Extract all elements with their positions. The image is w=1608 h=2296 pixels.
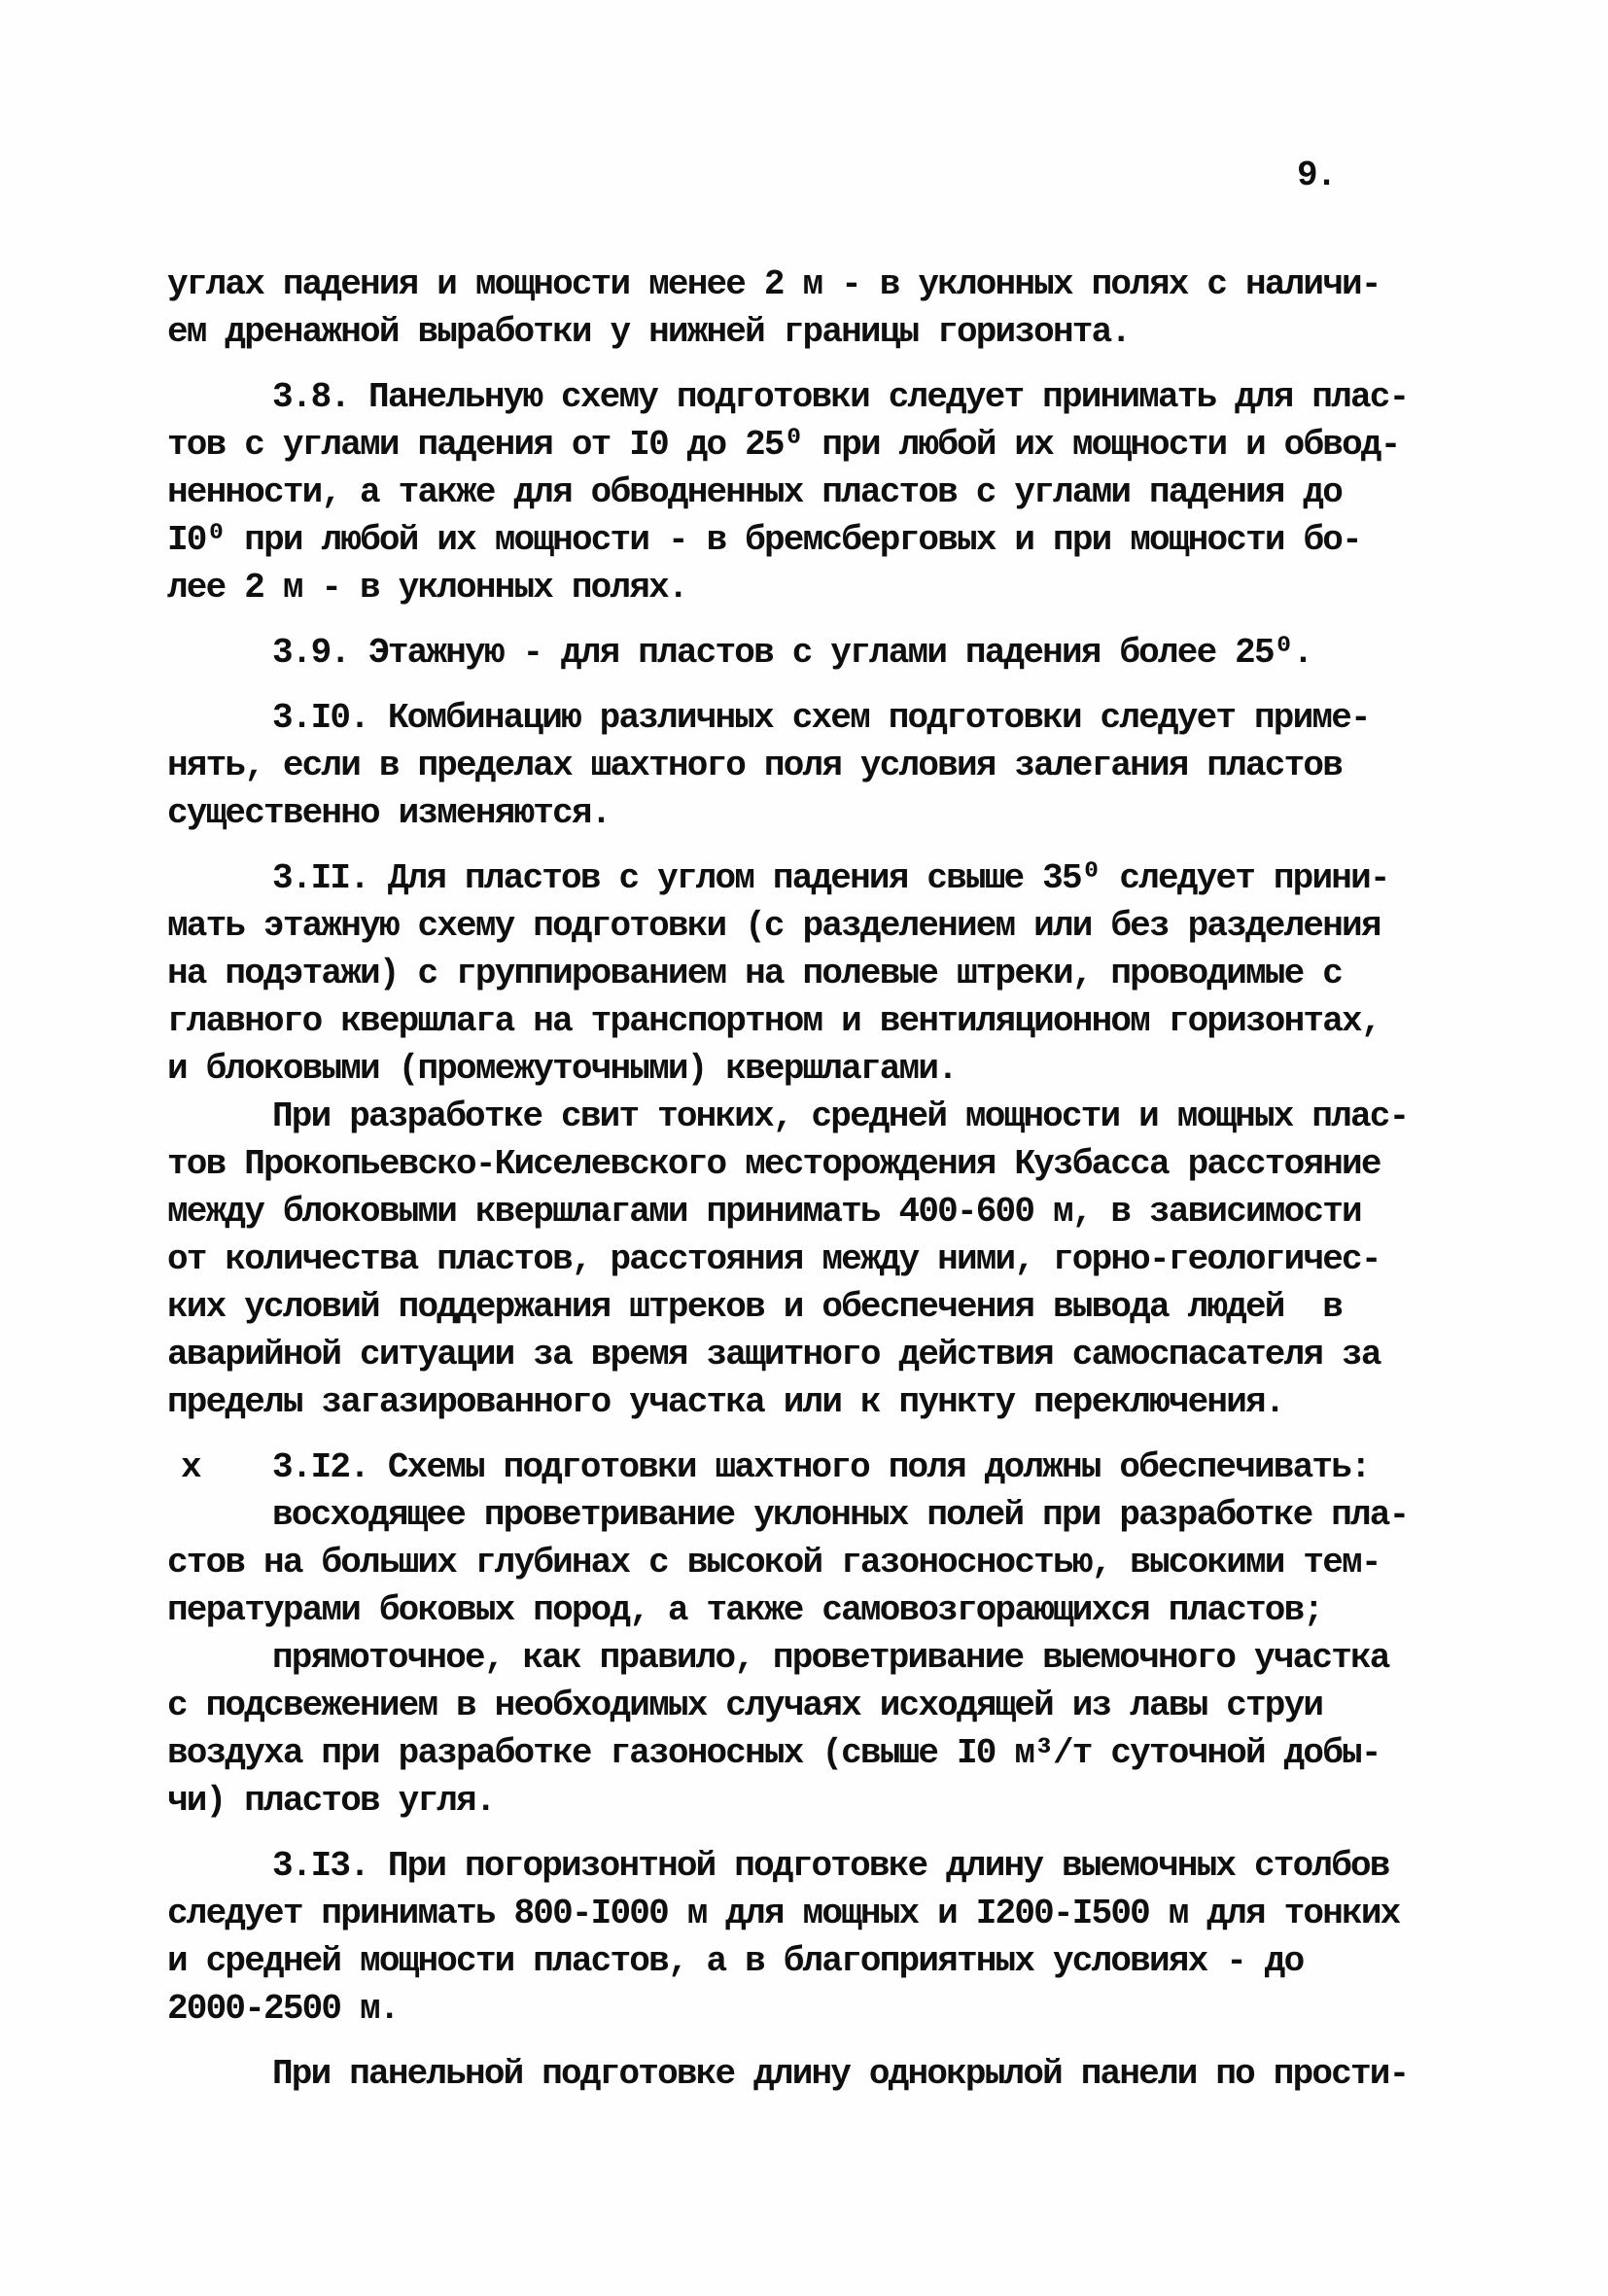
text-line: 3.II. Для пластов с углом падения свыше …	[167, 854, 1460, 902]
text-line: прямоточное, как правило, проветривание …	[167, 1634, 1460, 1682]
text-line: углах падения и мощности менее 2 м - в у…	[167, 261, 1460, 308]
paragraph: При разработке свит тонких, средней мощн…	[167, 1093, 1460, 1426]
paragraph: 3.I2. Схемы подготовки шахтного поля дол…	[167, 1444, 1460, 1491]
text-line: I0⁰ при любой их мощности - в бремсберго…	[167, 516, 1460, 564]
text-line: лее 2 м - в уклонных полях.	[167, 564, 1460, 611]
text-line: 2000-2500 м.	[167, 1985, 1460, 2033]
text-line: пределы загазированного участка или к пу…	[167, 1378, 1460, 1426]
text-line: восходящее проветривание уклонных полей …	[167, 1491, 1460, 1539]
text-line: от количества пластов, расстояния между …	[167, 1235, 1460, 1283]
text-line: 3.I3. При погоризонтной подготовке длину…	[167, 1842, 1460, 1890]
text-line: 3.I0. Комбинацию различных схем подготов…	[167, 694, 1460, 742]
text-line: тов с углами падения от I0 до 25⁰ при лю…	[167, 421, 1460, 469]
text-line: 3.8. Панельную схему подготовки следует …	[167, 373, 1460, 421]
text-line: мать этажную схему подготовки (с разделе…	[167, 902, 1460, 950]
text-line: ненности, а также для обводненных пласто…	[167, 469, 1460, 516]
text-line: нять, если в пределах шахтного поля усло…	[167, 742, 1460, 789]
paragraph: восходящее проветривание уклонных полей …	[167, 1491, 1460, 1634]
paragraph: 3.8. Панельную схему подготовки следует …	[167, 373, 1460, 611]
text-line: с подсвежением в необходимых случаях исх…	[167, 1682, 1460, 1729]
text-line: При панельной подготовке длину однокрыло…	[167, 2050, 1460, 2098]
text-line: ких условий поддержания штреков и обеспе…	[167, 1283, 1460, 1331]
page-number: 9.	[1297, 156, 1336, 195]
paragraph: углах падения и мощности менее 2 м - в у…	[167, 261, 1460, 356]
text-block: углах падения и мощности менее 2 м - в у…	[167, 261, 1460, 2098]
text-line: 3.9. Этажную - для пластов с углами паде…	[167, 629, 1460, 677]
text-line: существенно изменяются.	[167, 789, 1460, 837]
paragraph: 3.II. Для пластов с углом падения свыше …	[167, 854, 1460, 1093]
text-line: тов Прокопьевско-Киселевского месторожде…	[167, 1140, 1460, 1188]
text-line: главного квершлага на транспортном и вен…	[167, 997, 1460, 1045]
text-line: и средней мощности пластов, а в благопри…	[167, 1937, 1460, 1985]
text-line: и блоковыми (промежуточными) квершлагами…	[167, 1045, 1460, 1093]
text-line: ем дренажной выработки у нижней границы …	[167, 308, 1460, 356]
text-line: воздуха при разработке газоносных (свыше…	[167, 1729, 1460, 1777]
margin-marker: х	[181, 1444, 200, 1491]
paragraph: 3.I0. Комбинацию различных схем подготов…	[167, 694, 1460, 837]
text-line: на подэтажи) с группированием на полевые…	[167, 950, 1460, 997]
paragraph: 3.9. Этажную - для пластов с углами паде…	[167, 629, 1460, 677]
text-line: стов на больших глубинах с высокой газон…	[167, 1539, 1460, 1586]
paragraph: прямоточное, как правило, проветривание …	[167, 1634, 1460, 1825]
text-line: чи) пластов угля.	[167, 1777, 1460, 1825]
paragraph: При панельной подготовке длину однокрыло…	[167, 2050, 1460, 2098]
text-line: 3.I2. Схемы подготовки шахтного поля дол…	[167, 1444, 1460, 1491]
text-line: аварийной ситуации за время защитного де…	[167, 1331, 1460, 1378]
text-line: между блоковыми квершлагами принимать 40…	[167, 1188, 1460, 1235]
text-line: следует принимать 800-I000 м для мощных …	[167, 1890, 1460, 1937]
text-line: При разработке свит тонких, средней мощн…	[167, 1093, 1460, 1140]
paragraph: 3.I3. При погоризонтной подготовке длину…	[167, 1842, 1460, 2033]
document-page: 9. углах падения и мощности менее 2 м - …	[0, 0, 1608, 2296]
text-line: пературами боковых пород, а также самово…	[167, 1586, 1460, 1634]
